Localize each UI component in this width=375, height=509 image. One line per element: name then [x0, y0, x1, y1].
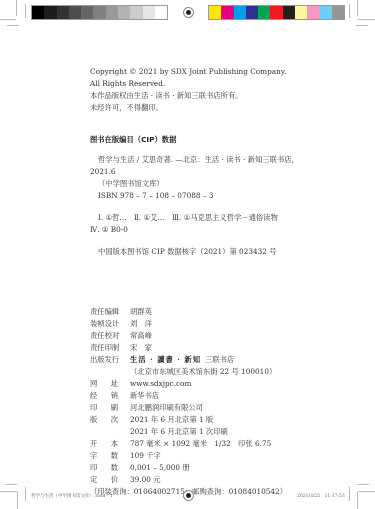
gray-swatch — [93, 6, 105, 19]
gray-swatch — [81, 6, 93, 19]
detail-label: 数 — [111, 450, 118, 462]
detail-label: 版 — [90, 414, 97, 426]
credit-value: 常高峰 — [130, 330, 152, 342]
publisher-label: 出版发行 — [90, 354, 130, 366]
detail-row-print-run: 印数 0,001 – 5,000 册 — [90, 462, 350, 474]
color-swatch — [209, 6, 221, 19]
detail-label: 刷 — [111, 402, 118, 414]
detail-row-word-count: 字数 109 千字 — [90, 450, 350, 462]
crop-mark-bottom-left-h — [0, 491, 17, 492]
gray-swatch — [44, 6, 56, 19]
crop-mark-top-left-v2 — [25, 4, 26, 18]
copyright-block: Copyright © 2021 by SDX Joint Publishing… — [90, 66, 350, 114]
crop-mark-bottom-right-v2 — [357, 492, 358, 509]
detail-label: 次 — [111, 414, 118, 426]
color-swatch — [221, 6, 233, 19]
detail-label: 本 — [111, 438, 118, 450]
detail-label: 字 — [90, 450, 97, 462]
color-swatch — [307, 6, 319, 19]
color-swatch — [283, 6, 295, 19]
detail-value: 39.00 元 — [130, 474, 161, 486]
slug-file-name: 哲学与生活（中学图书馆文库）.indd 1 — [31, 493, 113, 499]
gray-swatch — [130, 6, 142, 19]
crop-mark-top-right-v2 — [349, 4, 350, 18]
color-swatch — [234, 6, 246, 19]
detail-row-price: 定价 39.00 元 — [90, 474, 350, 486]
cip-year-line: 2021.6 — [90, 166, 350, 178]
crop-mark-bottom-left-h2 — [5, 484, 17, 485]
copyright-line: Copyright © 2021 by SDX Joint Publishing… — [90, 66, 350, 78]
detail-label: 价 — [111, 474, 118, 486]
detail-row-distributor: 经销 新华书店 — [90, 390, 350, 402]
gray-swatch — [143, 6, 155, 19]
cip-classification: Ⅰ. ①哲… Ⅱ. ①艾… Ⅲ. ①马克思主义哲学－通俗读物 Ⅳ. ① B0-0 — [90, 212, 350, 236]
detail-row-format: 开本 787 毫米 × 1092 毫米 1/32 印张 6.75 — [90, 438, 350, 450]
website-link[interactable]: www.sdxjpc.com — [130, 378, 191, 390]
cip-series-line: （中学图书馆文库） — [90, 178, 350, 190]
detail-value: 2021 年 6 月北京第 1 版 — [130, 414, 213, 426]
credit-row: 责任印制 宋 家 — [90, 342, 350, 354]
detail-label: 印 — [90, 402, 97, 414]
detail-row-edition: 版次 2021 年 6 月北京第 1 版 — [90, 414, 350, 426]
cip-class-line-2: Ⅳ. ① B0-0 — [90, 224, 350, 236]
detail-value: 109 千字 — [130, 450, 161, 462]
detail-row-printing: 2021 年 6 月北京第 1 次印刷 — [90, 426, 350, 438]
no-reprint-line: 未经许可，不得翻印。 — [90, 102, 350, 114]
credit-label: 责任校对 — [90, 330, 130, 342]
copyright-page: Copyright © 2021 by SDX Joint Publishing… — [90, 66, 350, 498]
cip-record-number: 中国版本图书馆 CIP 数据核字（2021）第 023432 号 — [90, 246, 350, 258]
publisher-name: 三联书店 — [205, 354, 234, 366]
color-swatch — [320, 6, 332, 19]
detail-label: 开 — [90, 438, 97, 450]
gray-swatch — [155, 6, 167, 19]
crop-mark-top-right-h2 — [356, 25, 368, 26]
publisher-brand-logo: 生活 · 讀書 · 新知 — [130, 354, 201, 366]
detail-value: 0,001 – 5,000 册 — [130, 462, 190, 474]
credit-value: 胡群英 — [130, 306, 152, 318]
detail-row-printer: 印刷 河北鹏润印刷有限公司 — [90, 402, 350, 414]
detail-row-website: 网址 www.sdxjpc.com — [90, 378, 350, 390]
cip-isbn-line: ISBN 978 – 7 – 108 – 07088 – 3 — [90, 190, 350, 202]
crop-mark-top-left-v — [16, 0, 17, 16]
crop-mark-top-left-h2 — [7, 25, 19, 26]
detail-value: 河北鹏润印刷有限公司 — [130, 402, 203, 414]
cip-block: 哲学与生活 / 艾思奇著. —北京：生活 · 读书 · 新知三联书店， 2021… — [90, 154, 350, 202]
detail-value: 2021 年 6 月北京第 1 次印刷 — [130, 426, 228, 438]
crop-mark-bottom-left-v — [25, 487, 26, 501]
slug-timestamp: 2021/3/25 11:17:53 — [297, 493, 345, 499]
credit-row: 责任校对 常高峰 — [90, 330, 350, 342]
crop-mark-bottom-right-v — [349, 487, 350, 501]
credit-label: 责任编辑 — [90, 306, 130, 318]
detail-label: 址 — [111, 378, 118, 390]
registration-mark-icon — [183, 490, 194, 501]
crop-mark-bottom-right-h — [358, 491, 375, 492]
cip-title: 图书在版编目（CIP）数据 — [90, 134, 350, 146]
registration-mark-icon — [183, 7, 194, 18]
detail-label: 定 — [90, 474, 97, 486]
detail-label: 销 — [111, 390, 118, 402]
detail-label: 经 — [90, 390, 97, 402]
crop-mark-bottom-right-h2 — [357, 484, 369, 485]
color-swatch — [258, 6, 270, 19]
detail-label: 数 — [111, 462, 118, 474]
cip-class-line-1: Ⅰ. ①哲… Ⅱ. ①艾… Ⅲ. ①马克思主义哲学－通俗读物 — [90, 212, 350, 224]
credit-label: 装帧设计 — [90, 318, 130, 330]
credit-row: 装帧设计 刘 洋 — [90, 318, 350, 330]
credit-row: 责任编辑 胡群英 — [90, 306, 350, 318]
detail-value: 新华书店 — [130, 390, 159, 402]
rights-line: All Rights Reserved. — [90, 78, 350, 90]
credit-value: 刘 洋 — [130, 318, 152, 330]
color-swatch — [246, 6, 258, 19]
gray-swatch — [118, 6, 130, 19]
credits-block: 责任编辑 胡群英 装帧设计 刘 洋 责任校对 常高峰 责任印制 宋 家 出版发行… — [90, 306, 350, 498]
grayscale-calibration-bar — [31, 5, 168, 20]
color-swatch — [295, 6, 307, 19]
publisher-address: （北京市东城区美术馆东街 22 号 100010） — [130, 366, 276, 378]
color-calibration-bar — [208, 5, 345, 20]
publisher-address-row: （北京市东城区美术馆东街 22 号 100010） — [90, 366, 350, 378]
gray-swatch — [32, 6, 44, 19]
cip-book-line: 哲学与生活 / 艾思奇著. —北京：生活 · 读书 · 新知三联书店， — [90, 154, 350, 166]
ownership-line: 本作品版权由生活 · 读书 · 新知三联书店所有。 — [90, 90, 350, 102]
detail-label: 网 — [90, 378, 97, 390]
gray-swatch — [106, 6, 118, 19]
crop-mark-bottom-left-v2 — [17, 492, 18, 509]
color-swatch — [332, 6, 344, 19]
color-swatch — [270, 6, 282, 19]
detail-label: 印 — [90, 462, 97, 474]
crop-mark-top-left-h — [0, 19, 16, 20]
crop-mark-top-right-h — [358, 19, 375, 20]
crop-mark-top-right-v — [357, 0, 358, 16]
publisher-row: 出版发行 生活 · 讀書 · 新知 三联书店 — [90, 354, 350, 366]
detail-value: 787 毫米 × 1092 毫米 1/32 印张 6.75 — [130, 438, 271, 450]
credit-value: 宋 家 — [130, 342, 152, 354]
gray-swatch — [69, 6, 81, 19]
credit-label: 责任印制 — [90, 342, 130, 354]
gray-swatch — [57, 6, 69, 19]
